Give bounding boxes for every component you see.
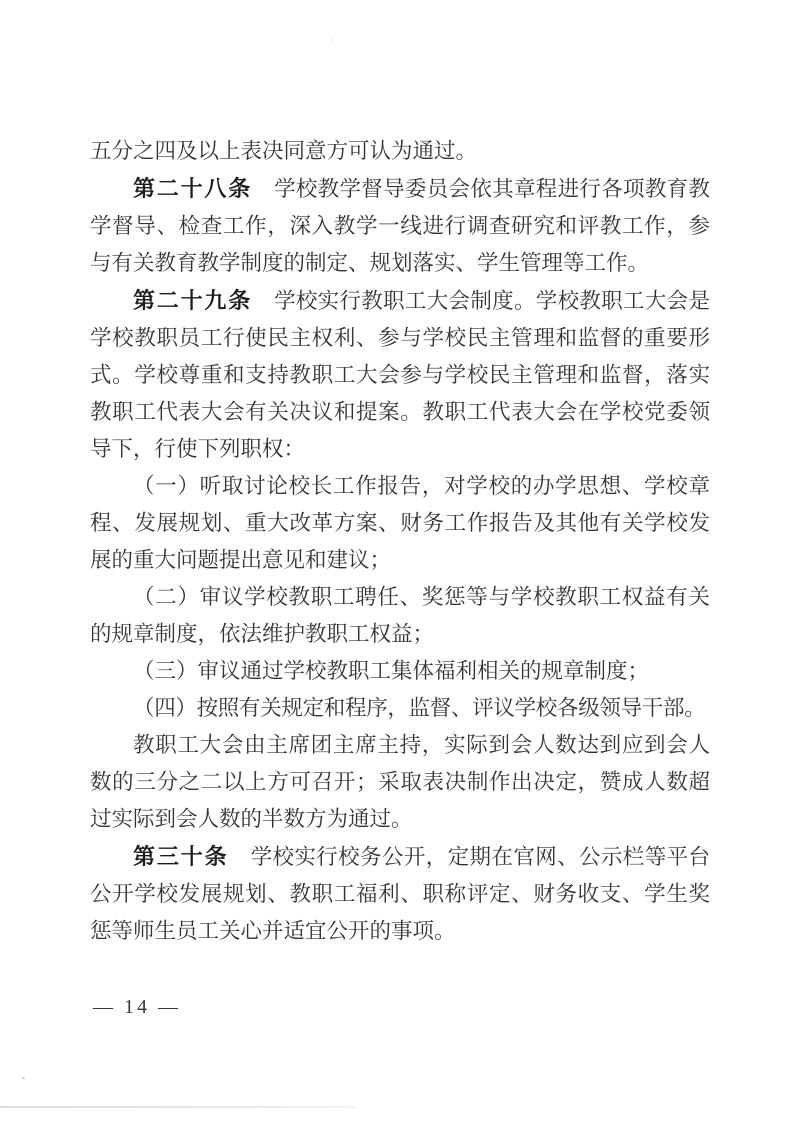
article-paragraph: 第二十八条学校教学督导委员会依其章程进行各项教育教学督导、检查工作，深入教学一线… xyxy=(90,170,710,282)
paragraph: （一）听取讨论校长工作报告，对学校的办学思想、学校章程、发展规划、重大改革方案、… xyxy=(90,468,710,579)
article-number: 第二十九条 xyxy=(133,288,252,313)
scan-speck xyxy=(330,39,333,41)
paragraph-text: （一）听取讨论校长工作报告，对学校的办学思想、学校章程、发展规划、重大改革方案、… xyxy=(90,474,710,572)
paragraph-text: 学校实行教职工大会制度。学校教职工大会是学校教职员工行使民主权利、参与学校民主管… xyxy=(90,289,710,461)
paragraph-text: 五分之四及以上表决同意方可认为通过。 xyxy=(90,139,477,163)
paragraph: （三）审议通过学校教职工集体福利相关的规章制度； xyxy=(90,653,710,690)
article-number: 第三十条 xyxy=(133,844,229,869)
document-body: 五分之四及以上表决同意方可认为通过。第二十八条学校教学督导委员会依其章程进行各项… xyxy=(90,133,710,950)
article-paragraph: 第三十条学校实行校务公开，定期在官网、公示栏等平台公开学校发展规划、教职工福利、… xyxy=(90,838,710,950)
scan-artifact-line xyxy=(0,1106,356,1108)
document-page: 五分之四及以上表决同意方可认为通过。第二十八条学校教学督导委员会依其章程进行各项… xyxy=(0,0,793,1121)
article-paragraph: 第二十九条学校实行教职工大会制度。学校教职工大会是学校教职员工行使民主权利、参与… xyxy=(90,282,710,468)
article-number: 第二十八条 xyxy=(133,176,252,201)
paragraph: 教职工大会由主席团主席主持，实际到会人数达到应到会人数的三分之二以上方可召开；采… xyxy=(90,727,710,838)
paragraph: （二）审议学校教职工聘任、奖惩等与学校教职工权益有关的规章制度，依法维护教职工权… xyxy=(90,579,710,653)
paragraph: （四）按照有关规定和程序，监督、评议学校各级领导干部。 xyxy=(90,690,710,727)
page-number: — 14 — xyxy=(93,996,181,1019)
paragraph-text: 教职工大会由主席团主席主持，实际到会人数达到应到会人数的三分之二以上方可召开；采… xyxy=(90,733,710,831)
scan-speck xyxy=(22,1077,25,1079)
paragraph-text: （四）按照有关规定和程序，监督、评议学校各级领导干部。 xyxy=(133,696,705,720)
paragraph-text: （二）审议学校教职工聘任、奖惩等与学校教职工权益有关的规章制度，依法维护教职工权… xyxy=(90,585,710,646)
paragraph-text: （三）审议通过学校教职工集体福利相关的规章制度； xyxy=(133,659,649,683)
paragraph: 五分之四及以上表决同意方可认为通过。 xyxy=(90,133,710,170)
